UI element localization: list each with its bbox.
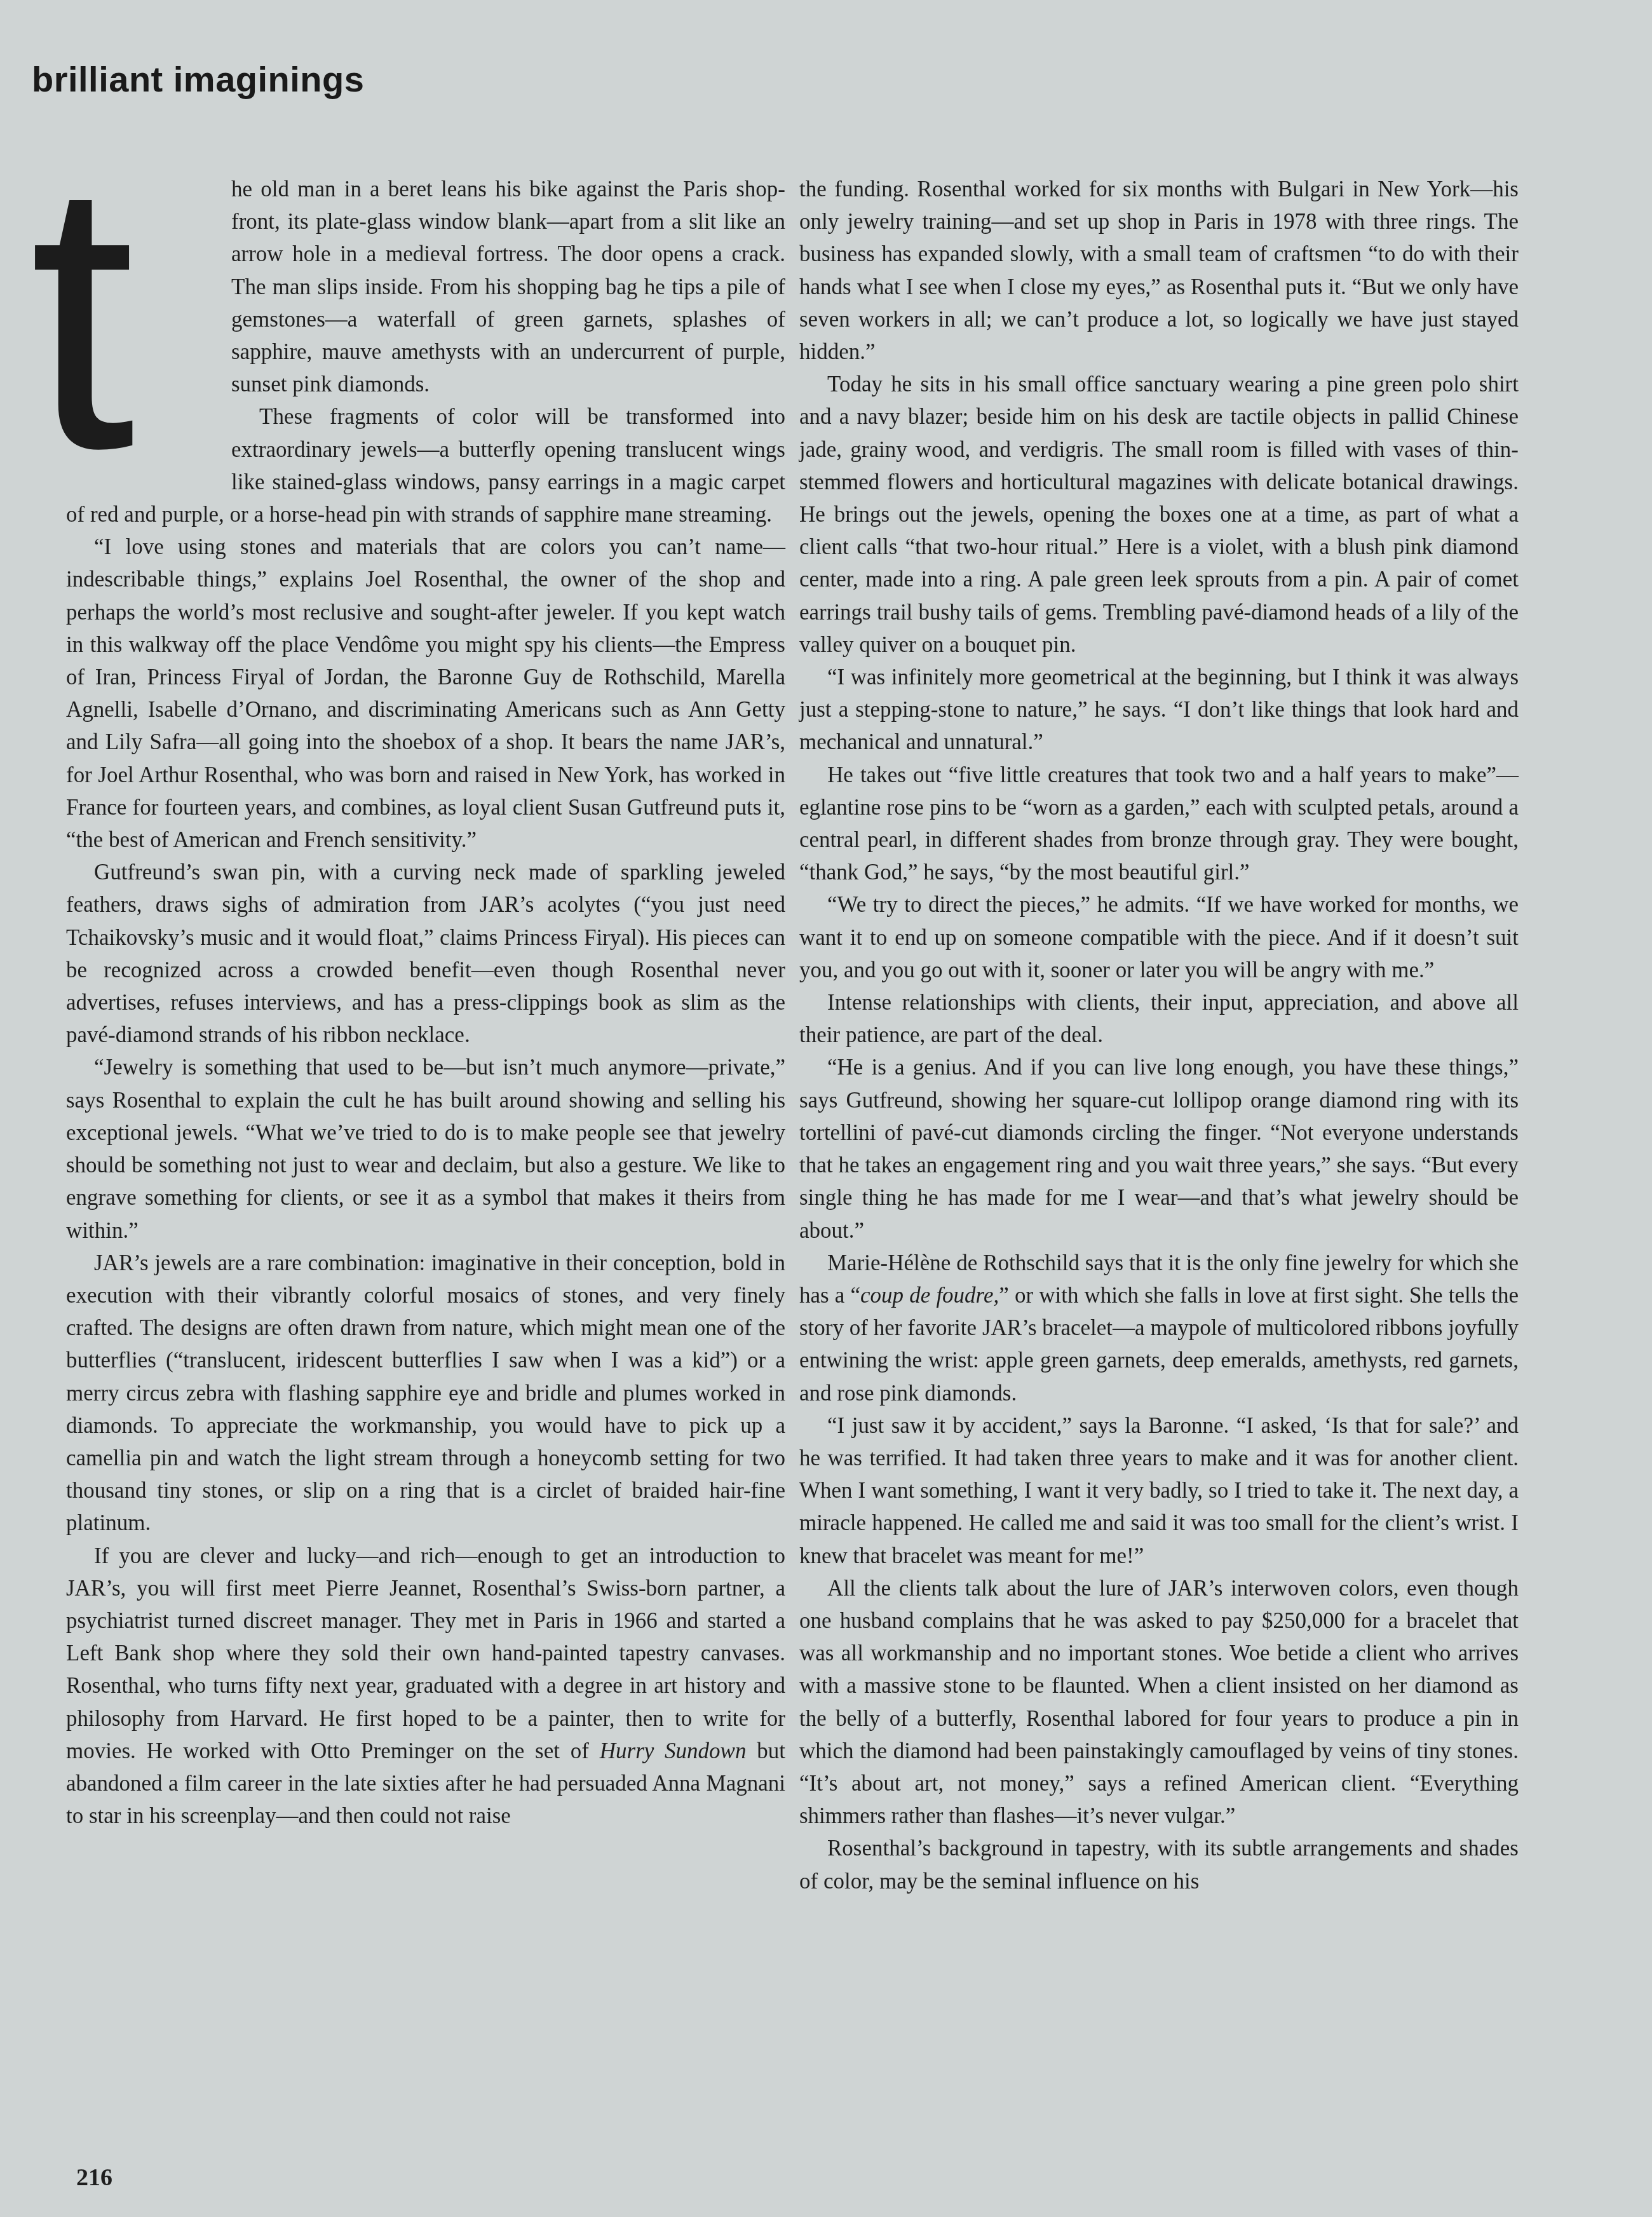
continued-paragraph: the funding. Rosenthal worked for six mo…: [799, 173, 1519, 368]
paragraph: Today he sits in his small office sanctu…: [799, 368, 1519, 661]
left-column: the old man in a beret leans his bike ag…: [66, 173, 785, 1832]
section-title: brilliant imaginings: [32, 58, 364, 100]
french-phrase: coup de foudre,: [860, 1283, 999, 1308]
paragraph: “I just saw it by accident,” says la Bar…: [799, 1409, 1519, 1572]
paragraph: If you are clever and lucky—and rich—eno…: [66, 1540, 785, 1833]
paragraph: Marie-Hélène de Rothschild says that it …: [799, 1247, 1519, 1409]
paragraph-text: he old man in a beret leans his bike aga…: [231, 177, 785, 397]
right-column: the funding. Rosenthal worked for six mo…: [799, 173, 1519, 1897]
paragraph: All the clients talk about the lure of J…: [799, 1572, 1519, 1833]
paragraph: Rosenthal’s background in tapestry, with…: [799, 1832, 1519, 1897]
paragraph: “He is a genius. And if you can live lon…: [799, 1051, 1519, 1246]
paragraph: Intense relationships with clients, thei…: [799, 986, 1519, 1051]
opening-paragraph: the old man in a beret leans his bike ag…: [66, 173, 785, 400]
film-title: Hurry Sundown: [600, 1739, 747, 1763]
paragraph: “I was infinitely more geometrical at th…: [799, 661, 1519, 759]
paragraph: “We try to direct the pieces,” he admits…: [799, 888, 1519, 986]
page-number: 216: [76, 2164, 112, 2192]
paragraph-text: If you are clever and lucky—and rich—eno…: [66, 1543, 785, 1763]
drop-cap: t: [29, 175, 226, 469]
paragraph: Gutfreund’s swan pin, with a curving nec…: [66, 856, 785, 1051]
paragraph: “I love using stones and materials that …: [66, 531, 785, 856]
paragraph: “Jewelry is something that used to be—bu…: [66, 1051, 785, 1246]
paragraph: JAR’s jewels are a rare combination: ima…: [66, 1247, 785, 1540]
paragraph: He takes out “five little creatures that…: [799, 759, 1519, 889]
